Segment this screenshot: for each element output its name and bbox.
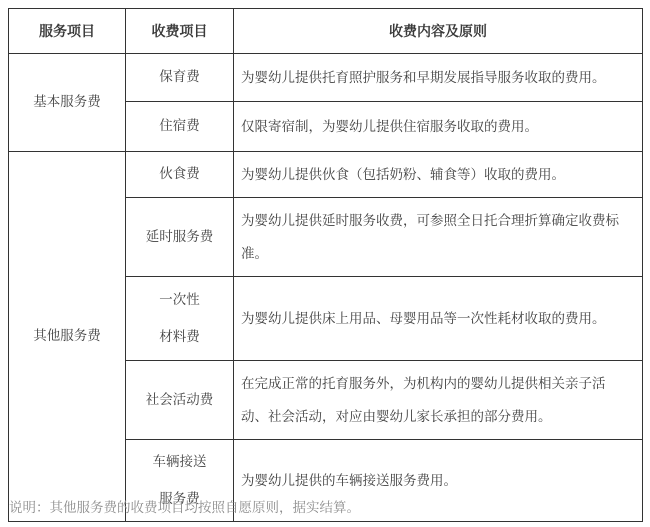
fee-item-disposable-materials: 一次性 材料费: [126, 277, 234, 361]
fee-item-boarding: 住宿费: [126, 102, 234, 152]
col-header-service-category: 服务项目: [9, 9, 126, 54]
fee-desc-boarding: 仅限寄宿制，为婴幼儿提供住宿服务收取的费用。: [234, 102, 643, 152]
header-row: 服务项目 收费项目 收费内容及原则: [9, 9, 643, 54]
fee-desc-social-activities: 在完成正常的托育服务外，为机构内的婴幼儿提供相关亲子活动、社会活动，对应由婴幼儿…: [234, 361, 643, 440]
service-category-basic: 基本服务费: [9, 54, 126, 152]
page: 服务项目 收费项目 收费内容及原则 基本服务费 保育费 为婴幼儿提供托育照护服务…: [0, 0, 650, 527]
fee-table: 服务项目 收费项目 收费内容及原则 基本服务费 保育费 为婴幼儿提供托育照护服务…: [8, 8, 643, 522]
service-category-other: 其他服务费: [9, 152, 126, 522]
fee-item-childcare: 保育费: [126, 54, 234, 102]
fee-desc-disposable-materials: 为婴幼儿提供床上用品、母婴用品等一次性耗材收取的费用。: [234, 277, 643, 361]
col-header-fee-content: 收费内容及原则: [234, 9, 643, 54]
fee-desc-childcare: 为婴幼儿提供托育照护服务和早期发展指导服务收取的费用。: [234, 54, 643, 102]
table-row: 基本服务费 保育费 为婴幼儿提供托育照护服务和早期发展指导服务收取的费用。: [9, 54, 643, 102]
footnote: 说明：其他服务费的收费项目均按照自愿原则，据实结算。: [9, 498, 360, 518]
fee-item-social-activities: 社会活动费: [126, 361, 234, 440]
fee-item-extended-hours: 延时服务费: [126, 198, 234, 277]
fee-item-meals: 伙食费: [126, 152, 234, 198]
col-header-fee-item: 收费项目: [126, 9, 234, 54]
fee-desc-extended-hours: 为婴幼儿提供延时服务收费，可参照全日托合理折算确定收费标准。: [234, 198, 643, 277]
table-row: 其他服务费 伙食费 为婴幼儿提供伙食（包括奶粉、辅食等）收取的费用。: [9, 152, 643, 198]
fee-desc-meals: 为婴幼儿提供伙食（包括奶粉、辅食等）收取的费用。: [234, 152, 643, 198]
